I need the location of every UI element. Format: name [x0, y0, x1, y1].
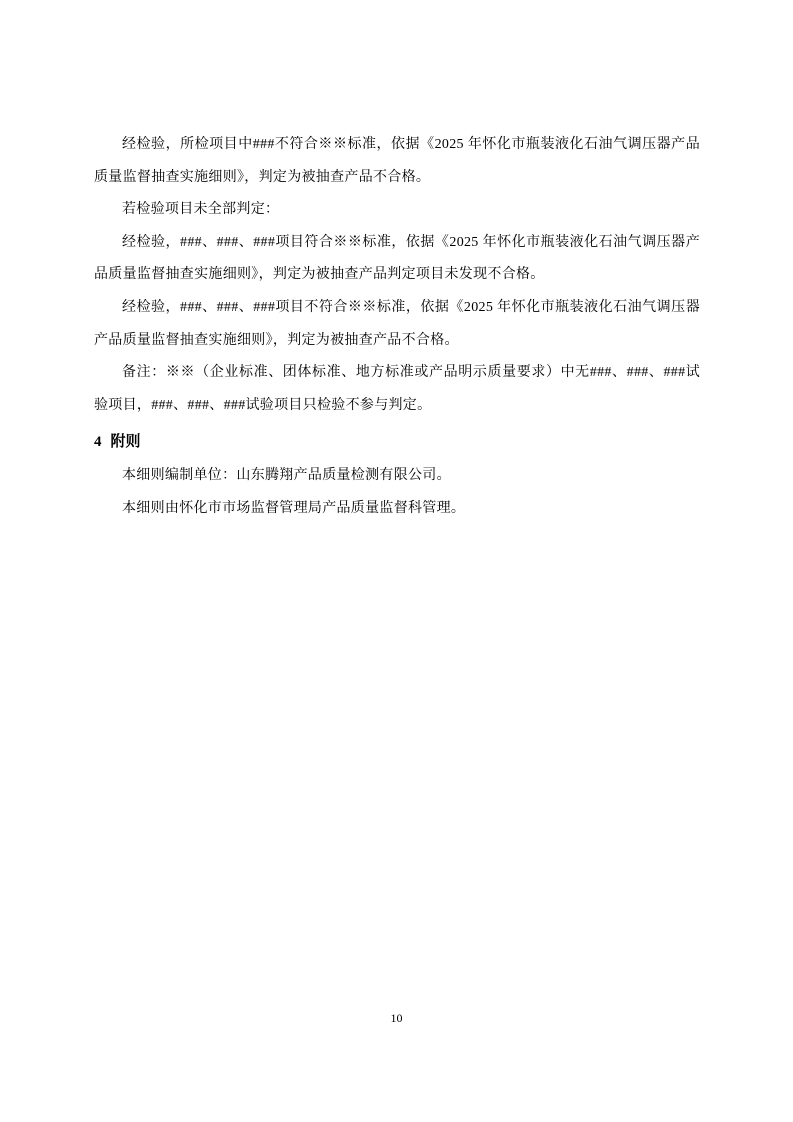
page-number: 10: [0, 1010, 793, 1026]
paragraph-not-all-judged: 若检验项目未全部判定：: [94, 194, 700, 227]
paragraph-inspection-nonconforming: 经检验，所检项目中###不符合※※标准，依据《2025 年怀化市瓶装液化石油气调…: [94, 129, 700, 194]
paragraph-remark: 备注：※※（企业标准、团体标准、地方标准或产品明示质量要求）中无###、###、…: [94, 357, 700, 422]
paragraph-compiling-unit: 本细则编制单位：山东腾翔产品质量检测有限公司。: [94, 460, 700, 493]
document-page: 经检验，所检项目中###不符合※※标准，依据《2025 年怀化市瓶装液化石油气调…: [0, 0, 793, 1122]
section-heading-supplementary-provisions: 4 附则: [94, 422, 700, 460]
paragraph-managing-unit: 本细则由怀化市市场监督管理局产品质量监督科管理。: [94, 493, 700, 526]
paragraph-items-conforming: 经检验，###、###、###项目符合※※标准，依据《2025 年怀化市瓶装液化…: [94, 227, 700, 292]
document-body: 经检验，所检项目中###不符合※※标准，依据《2025 年怀化市瓶装液化石油气调…: [94, 129, 700, 526]
paragraph-items-nonconforming: 经检验，###、###、###项目不符合※※标准，依据《2025 年怀化市瓶装液…: [94, 292, 700, 357]
